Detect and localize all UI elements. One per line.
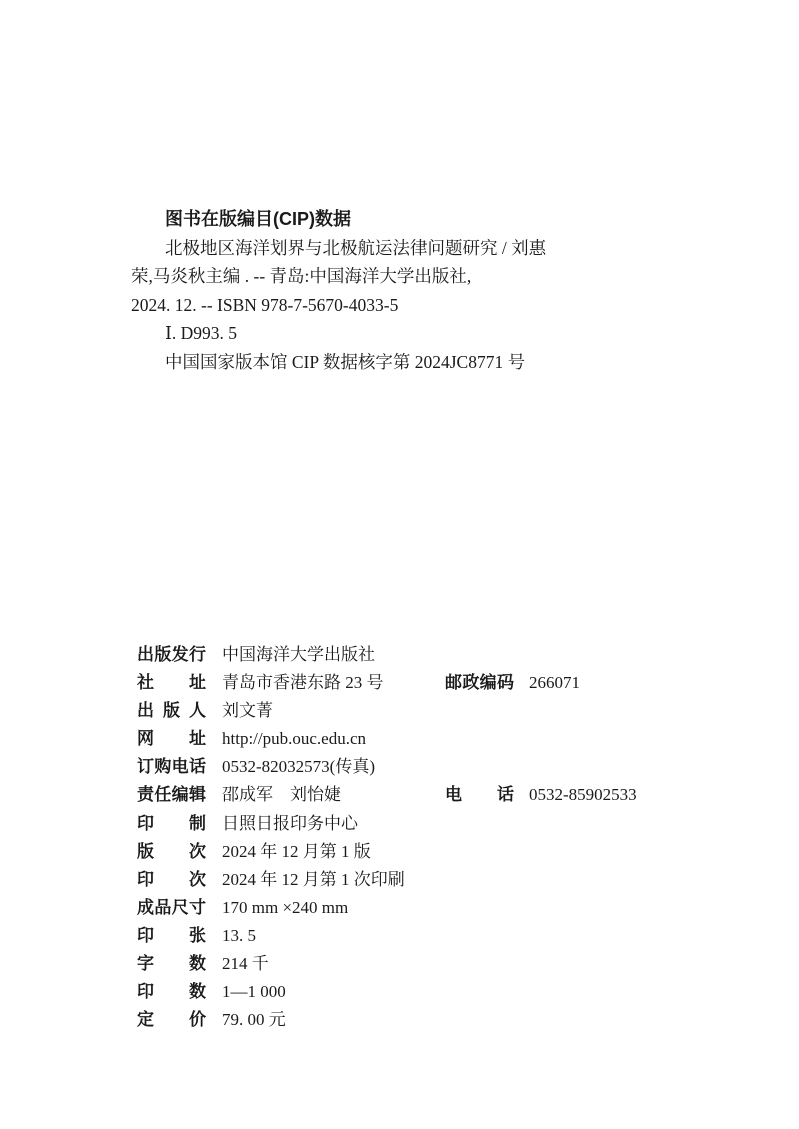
label-address: 社址 [137, 669, 206, 697]
label-website: 网址 [137, 725, 206, 753]
book-copyright-page: 图书在版编目(CIP)数据 北极地区海洋划界与北极航运法律问题研究 / 刘惠 荣… [0, 0, 799, 1129]
row-printer: 印制 日照日报印务中心 [137, 810, 737, 838]
colophon-block: 出版发行 中国海洋大学出版社 社址 青岛市香港东路 23 号 邮政编码 2660… [137, 641, 737, 1034]
cip-data-block: 图书在版编目(CIP)数据 北极地区海洋划界与北极航运法律问题研究 / 刘惠 荣… [131, 205, 631, 377]
label-publish-distribute: 出版发行 [137, 641, 206, 669]
value-trim-size: 170 mm ×240 mm [222, 894, 348, 922]
value-printer: 日照日报印务中心 [222, 810, 358, 838]
label-publisher-person: 出版人 [137, 697, 206, 725]
value-phone: 0532-85902533 [529, 781, 637, 809]
value-publish-distribute: 中国海洋大学出版社 [222, 641, 375, 669]
label-word-count: 字数 [137, 950, 206, 978]
label-printed-sheets: 印张 [137, 922, 206, 950]
row-trim-size: 成品尺寸 170 mm ×240 mm [137, 894, 737, 922]
cip-line-classification: Ⅰ. D993. 5 [131, 319, 631, 348]
value-postal-code: 266071 [529, 669, 580, 697]
label-trim-size: 成品尺寸 [137, 894, 206, 922]
label-edition: 版次 [137, 838, 206, 866]
row-publisher-person: 出版人 刘文菁 [137, 697, 737, 725]
cip-line-publisher: 荣,马炎秋主编 . -- 青岛:中国海洋大学出版社, [131, 262, 631, 291]
cip-heading: 图书在版编目(CIP)数据 [131, 205, 631, 234]
label-postal-code: 邮政编码 [445, 669, 514, 697]
row-price: 定价 79. 00 元 [137, 1006, 737, 1034]
label-price: 定价 [137, 1006, 206, 1034]
row-address: 社址 青岛市香港东路 23 号 邮政编码 266071 [137, 669, 737, 697]
label-printer: 印制 [137, 810, 206, 838]
cip-line-title-authors: 北极地区海洋划界与北极航运法律问题研究 / 刘惠 [131, 234, 631, 263]
label-print-run: 印数 [137, 978, 206, 1006]
value-print-run: 1—1 000 [222, 978, 286, 1006]
value-word-count: 214 千 [222, 950, 269, 978]
cip-line-registration-number: 中国国家版本馆 CIP 数据核字第 2024JC8771 号 [131, 348, 631, 377]
value-edition: 2024 年 12 月第 1 版 [222, 838, 371, 866]
value-order-phone: 0532-82032573(传真) [222, 753, 375, 781]
row-website: 网址 http://pub.ouc.edu.cn [137, 725, 737, 753]
row-word-count: 字数 214 千 [137, 950, 737, 978]
label-impression: 印次 [137, 866, 206, 894]
cip-line-isbn: 2024. 12. -- ISBN 978-7-5670-4033-5 [131, 291, 631, 320]
value-website-url: http://pub.ouc.edu.cn [222, 725, 366, 753]
value-publisher-person: 刘文菁 [222, 697, 273, 725]
row-editors: 责任编辑 邵成军 刘怡婕 电话 0532-85902533 [137, 781, 737, 809]
row-order-phone: 订购电话 0532-82032573(传真) [137, 753, 737, 781]
row-edition: 版次 2024 年 12 月第 1 版 [137, 838, 737, 866]
value-address: 青岛市香港东路 23 号 [222, 669, 384, 697]
row-print-run: 印数 1—1 000 [137, 978, 737, 1006]
label-phone: 电话 [445, 781, 514, 809]
label-editors: 责任编辑 [137, 781, 206, 809]
value-price: 79. 00 元 [222, 1006, 286, 1034]
row-printed-sheets: 印张 13. 5 [137, 922, 737, 950]
row-publish-distribute: 出版发行 中国海洋大学出版社 [137, 641, 737, 669]
label-order-phone: 订购电话 [137, 753, 206, 781]
value-editors: 邵成军 刘怡婕 [222, 781, 341, 809]
value-printed-sheets: 13. 5 [222, 922, 256, 950]
value-impression: 2024 年 12 月第 1 次印刷 [222, 866, 405, 894]
row-impression: 印次 2024 年 12 月第 1 次印刷 [137, 866, 737, 894]
